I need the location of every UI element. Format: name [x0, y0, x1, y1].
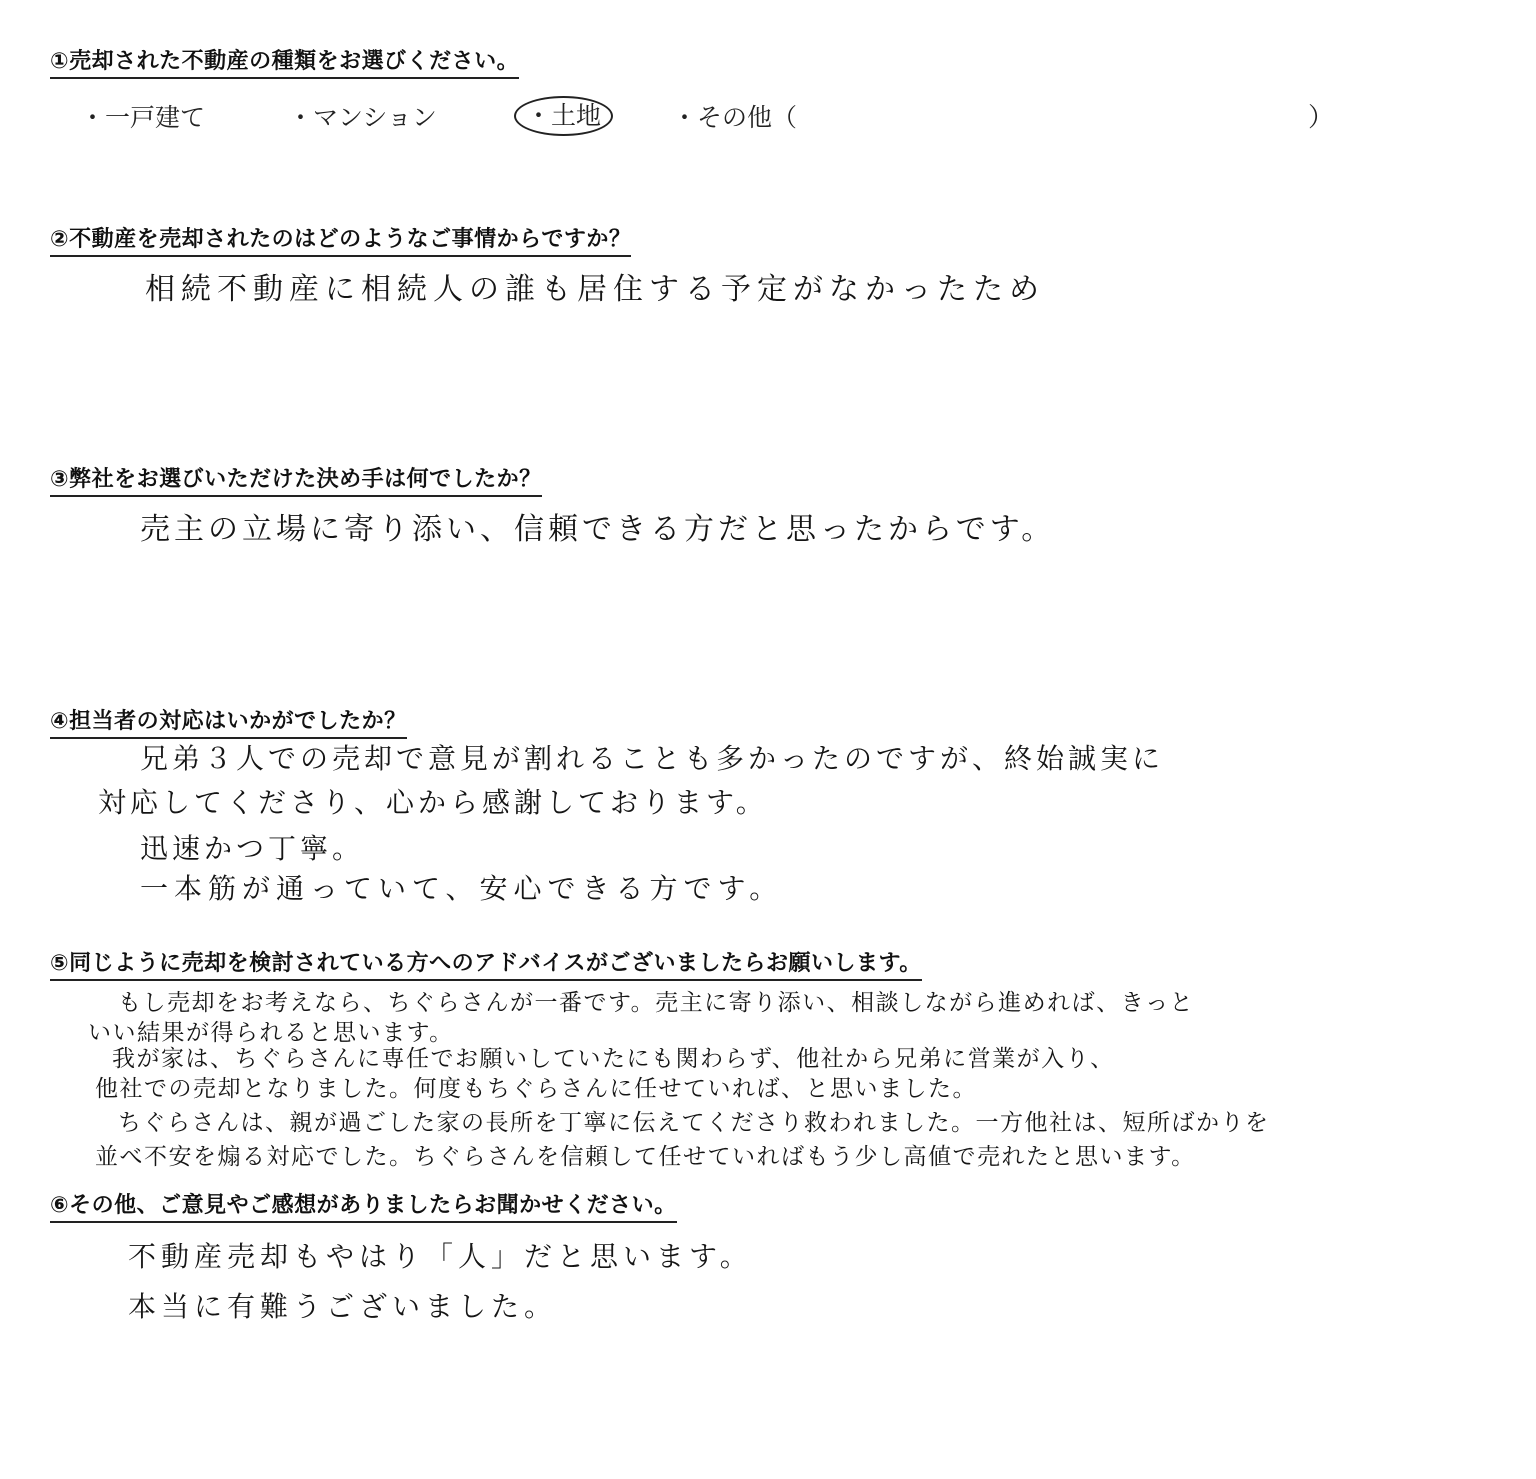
answer-6-line-2: 本当に有難うございました。 — [128, 1290, 557, 1324]
answer-6-line-1: 不動産売却もやはり「人」だと思います。 — [128, 1240, 753, 1274]
answer-4-line-2: 対応してくださり、心から感謝しております。 — [98, 786, 768, 820]
answer-5-line-1: もし売却をお考えなら、ちぐらさんが一番です。売主に寄り添い、相談しながら進めれば… — [118, 988, 1194, 1018]
answer-3-line-1: 売主の立場に寄り添い、信頼できる方だと思ったからです。 — [140, 512, 1055, 548]
answer-5-line-5: ちぐらさんは、親が過ごした家の長所を丁寧に伝えてくださり救われました。一方他社は… — [118, 1108, 1270, 1138]
answer-5-line-6: 並べ不安を煽る対応でした。ちぐらさんを信頼して任せていればもう少し高値で売れたと… — [95, 1142, 1196, 1172]
question-1-heading: ①売却された不動産の種類をお選びください。 — [50, 48, 519, 79]
property-type-options: ・一戸建て ・マンション ・土地 ・その他（ ） — [80, 98, 1380, 138]
answer-4-line-4: 一本筋が通っていて、安心できる方です。 — [140, 872, 783, 906]
answer-4-line-1: 兄弟３人での売却で意見が割れることも多かったのですが、終始誠実に — [140, 742, 1164, 776]
answer-5-line-3: 我が家は、ちぐらさんに専任でお願いしていたにも関わらず、他社から兄弟に営業が入り… — [112, 1044, 1115, 1074]
answer-4-line-3: 迅速かつ丁寧。 — [140, 832, 364, 866]
option-land-selected[interactable]: ・土地 — [514, 96, 613, 136]
question-6-heading: ⑥その他、ご意見やご感想がありましたらお聞かせください。 — [50, 1192, 677, 1223]
question-4-heading: ④担当者の対応はいかがでしたか？ — [50, 708, 407, 739]
answer-5-line-4: 他社での売却となりました。何度もちぐらさんに任せていれば、と思いました。 — [95, 1074, 977, 1104]
option-apartment[interactable]: ・マンション — [288, 98, 437, 138]
question-3-heading: ③弊社をお選びいただけた決め手は何でしたか？ — [50, 466, 542, 497]
answer-2-line-1: 相続不動産に相続人の誰も居住する予定がなかったため — [145, 272, 1045, 308]
question-5-heading: ⑤同じように売却を検討されている方へのアドバイスがございましたらお願いします。 — [50, 950, 922, 981]
option-detached-house[interactable]: ・一戸建て — [80, 98, 205, 138]
option-other[interactable]: ・その他（ — [672, 98, 797, 138]
question-2-heading: ②不動産を売却されたのはどのようなご事情からですか？ — [50, 226, 631, 257]
option-other-close-paren: ） — [1308, 98, 1334, 138]
